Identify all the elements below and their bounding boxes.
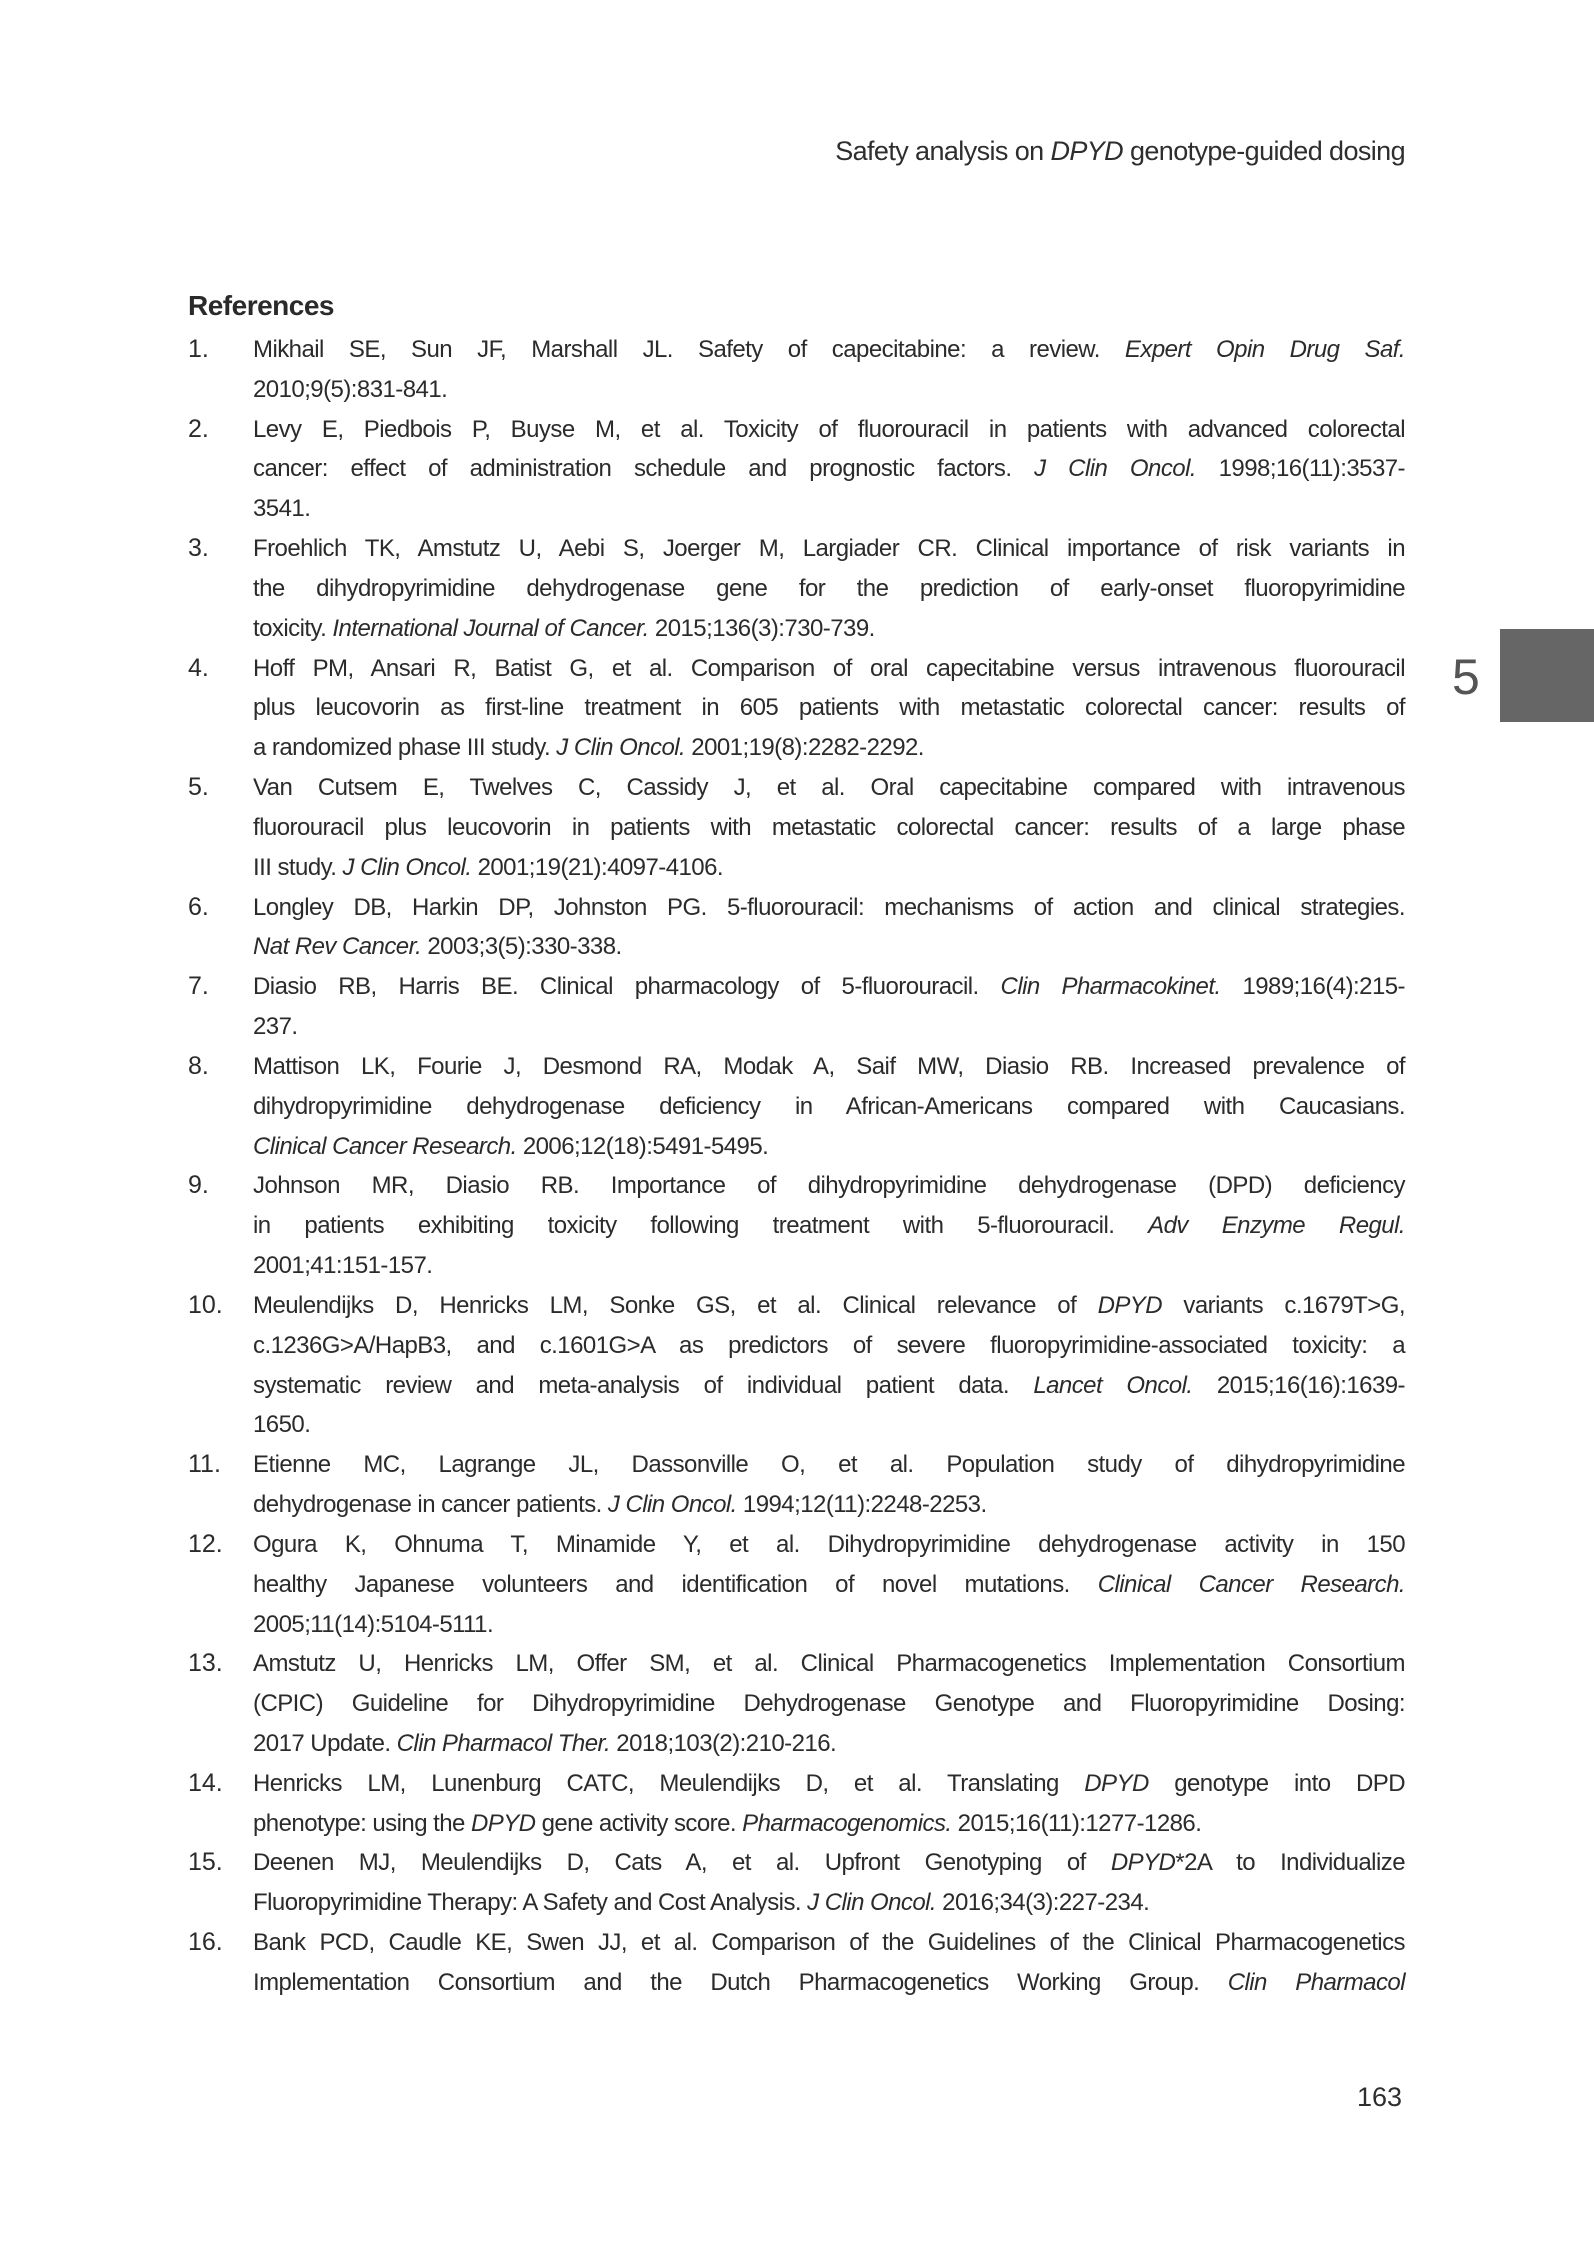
reference-line: Mikhail SE, Sun JF, Marshall JL. Safety … — [253, 330, 1405, 370]
reference-line: Van Cutsem E, Twelves C, Cassidy J, et a… — [253, 768, 1405, 808]
reference-item: 6.Longley DB, Harkin DP, Johnston PG. 5-… — [188, 888, 1405, 968]
reference-line: Johnson MR, Diasio RB. Importance of dih… — [253, 1166, 1405, 1206]
italic-citation: DPYD — [471, 1810, 535, 1837]
reference-line: 2005;11(14):5104-5111. — [253, 1605, 1405, 1645]
italic-citation: Clin Pharmacokinet. — [1001, 973, 1221, 1000]
citation-text: 1994;12(11):2248-2253. — [737, 1491, 987, 1518]
italic-citation: J Clin Oncol. — [556, 734, 685, 761]
chapter-number: 5 — [1452, 648, 1480, 706]
reference-text: Ogura K, Ohnuma T, Minamide Y, et al. Di… — [253, 1525, 1405, 1644]
reference-text: Van Cutsem E, Twelves C, Cassidy J, et a… — [253, 768, 1405, 887]
citation-text: a randomized phase III study. — [253, 734, 556, 761]
italic-citation: Nat Rev Cancer. — [253, 933, 421, 960]
italic-citation: DPYD — [1098, 1292, 1162, 1319]
reference-line: in patients exhibiting toxicity followin… — [253, 1206, 1405, 1246]
reference-item: 2.Levy E, Piedbois P, Buyse M, et al. To… — [188, 410, 1405, 529]
citation-text: Hoff PM, Ansari R, Batist G, et al. Comp… — [253, 655, 1405, 682]
reference-text: Hoff PM, Ansari R, Batist G, et al. Comp… — [253, 649, 1405, 768]
citation-text: Van Cutsem E, Twelves C, Cassidy J, et a… — [253, 774, 1405, 801]
citation-text: variants c.1679T>G, — [1162, 1292, 1405, 1319]
citation-text: 2015;16(11):1277-1286. — [952, 1810, 1202, 1837]
reference-number: 7. — [188, 967, 209, 1007]
citation-text: 3541. — [253, 495, 310, 522]
reference-line: 2001;41:151-157. — [253, 1246, 1405, 1286]
citation-text: 2018;103(2):210-216. — [610, 1730, 836, 1757]
citation-text: healthy Japanese volunteers and identifi… — [253, 1571, 1098, 1598]
reference-number: 10. — [188, 1286, 223, 1326]
citation-text: cancer: effect of administration schedul… — [253, 455, 1034, 482]
reference-number: 11. — [188, 1445, 221, 1485]
citation-text: Meulendijks D, Henricks LM, Sonke GS, et… — [253, 1292, 1098, 1319]
reference-line: Meulendijks D, Henricks LM, Sonke GS, et… — [253, 1286, 1405, 1326]
citation-text: 2001;19(8):2282-2292. — [685, 734, 924, 761]
reference-text: Diasio RB, Harris BE. Clinical pharmacol… — [253, 967, 1405, 1047]
reference-line: cancer: effect of administration schedul… — [253, 449, 1405, 489]
citation-text: 2001;41:151-157. — [253, 1252, 432, 1279]
citation-text: 2017 Update. — [253, 1730, 397, 1757]
reference-text: Johnson MR, Diasio RB. Importance of dih… — [253, 1166, 1405, 1285]
italic-citation: Clin Pharmacol — [1228, 1969, 1405, 1996]
reference-number: 8. — [188, 1047, 209, 1087]
running-head-part: DPYD — [1050, 136, 1123, 166]
citation-text: Johnson MR, Diasio RB. Importance of dih… — [253, 1172, 1405, 1199]
citation-text: 2001;19(21):4097-4106. — [471, 854, 723, 881]
citation-text: Diasio RB, Harris BE. Clinical pharmacol… — [253, 973, 1001, 1000]
citation-text: 2005;11(14):5104-5111. — [253, 1611, 493, 1638]
page-number: 163 — [1357, 2082, 1402, 2113]
citation-text: dehydrogenase in cancer patients. — [253, 1491, 608, 1518]
italic-citation: J Clin Oncol. — [807, 1889, 936, 1916]
italic-citation: J Clin Oncol. — [1034, 455, 1196, 482]
reference-item: 7.Diasio RB, Harris BE. Clinical pharmac… — [188, 967, 1405, 1047]
reference-line: 237. — [253, 1007, 1405, 1047]
reference-line: Ogura K, Ohnuma T, Minamide Y, et al. Di… — [253, 1525, 1405, 1565]
citation-text: genotype into DPD — [1149, 1770, 1405, 1797]
citation-text: 2006;12(18):5491-5495. — [517, 1133, 769, 1160]
reference-text: Amstutz U, Henricks LM, Offer SM, et al.… — [253, 1644, 1405, 1763]
citation-text: Fluoropyrimidine Therapy: A Safety and C… — [253, 1889, 807, 1916]
reference-line: 2017 Update. Clin Pharmacol Ther. 2018;1… — [253, 1724, 1405, 1764]
citation-text: 2010;9(5):831-841. — [253, 376, 447, 403]
citation-text: phenotype: using the — [253, 1810, 471, 1837]
citation-text: Amstutz U, Henricks LM, Offer SM, et al.… — [253, 1650, 1405, 1677]
reference-item: 11.Etienne MC, Lagrange JL, Dassonville … — [188, 1445, 1405, 1525]
reference-number: 3. — [188, 529, 209, 569]
reference-line: Froehlich TK, Amstutz U, Aebi S, Joerger… — [253, 529, 1405, 569]
citation-text: toxicity. — [253, 615, 332, 642]
citation-text: 1650. — [253, 1411, 310, 1438]
reference-item: 16.Bank PCD, Caudle KE, Swen JJ, et al. … — [188, 1923, 1405, 2003]
reference-number: 6. — [188, 888, 209, 928]
italic-citation: Clin Pharmacol Ther. — [397, 1730, 611, 1757]
reference-line: phenotype: using the DPYD gene activity … — [253, 1804, 1405, 1844]
reference-line: fluorouracil plus leucovorin in patients… — [253, 808, 1405, 848]
reference-line: Etienne MC, Lagrange JL, Dassonville O, … — [253, 1445, 1405, 1485]
citation-text: Henricks LM, Lunenburg CATC, Meulendijks… — [253, 1770, 1084, 1797]
reference-item: 13.Amstutz U, Henricks LM, Offer SM, et … — [188, 1644, 1405, 1763]
citation-text: gene activity score. — [535, 1810, 742, 1837]
citation-text: Levy E, Piedbois P, Buyse M, et al. Toxi… — [253, 416, 1405, 443]
reference-line: Levy E, Piedbois P, Buyse M, et al. Toxi… — [253, 410, 1405, 450]
reference-item: 14.Henricks LM, Lunenburg CATC, Meulendi… — [188, 1764, 1405, 1844]
italic-citation: J Clin Oncol. — [608, 1491, 737, 1518]
reference-line: 3541. — [253, 489, 1405, 529]
reference-text: Etienne MC, Lagrange JL, Dassonville O, … — [253, 1445, 1405, 1525]
reference-line: 1650. — [253, 1405, 1405, 1445]
reference-line: (CPIC) Guideline for Dihydropyrimidine D… — [253, 1684, 1405, 1724]
reference-number: 13. — [188, 1644, 223, 1684]
reference-text: Froehlich TK, Amstutz U, Aebi S, Joerger… — [253, 529, 1405, 648]
italic-citation: Pharmacogenomics. — [742, 1810, 951, 1837]
reference-item: 12.Ogura K, Ohnuma T, Minamide Y, et al.… — [188, 1525, 1405, 1644]
reference-line: Henricks LM, Lunenburg CATC, Meulendijks… — [253, 1764, 1405, 1804]
citation-text: fluorouracil plus leucovorin in patients… — [253, 814, 1405, 841]
reference-line: Mattison LK, Fourie J, Desmond RA, Modak… — [253, 1047, 1405, 1087]
reference-number: 1. — [188, 330, 209, 370]
citation-text: Ogura K, Ohnuma T, Minamide Y, et al. Di… — [253, 1531, 1405, 1558]
citation-text: the dihydropyrimidine dehydrogenase gene… — [253, 575, 1405, 602]
citation-text: 237. — [253, 1013, 298, 1040]
reference-line: Amstutz U, Henricks LM, Offer SM, et al.… — [253, 1644, 1405, 1684]
italic-citation: DPYD — [1111, 1849, 1175, 1876]
citation-text: 2015;16(16):1639- — [1193, 1372, 1405, 1399]
reference-item: 1.Mikhail SE, Sun JF, Marshall JL. Safet… — [188, 330, 1405, 410]
citation-text: Deenen MJ, Meulendijks D, Cats A, et al.… — [253, 1849, 1111, 1876]
reference-item: 9.Johnson MR, Diasio RB. Importance of d… — [188, 1166, 1405, 1285]
reference-line: Clinical Cancer Research. 2006;12(18):54… — [253, 1127, 1405, 1167]
running-head-part: Safety analysis on — [835, 136, 1050, 166]
reference-line: toxicity. International Journal of Cance… — [253, 609, 1405, 649]
reference-text: Mikhail SE, Sun JF, Marshall JL. Safety … — [253, 330, 1405, 410]
reference-text: Levy E, Piedbois P, Buyse M, et al. Toxi… — [253, 410, 1405, 529]
citation-text: plus leucovorin as first-line treatment … — [253, 694, 1405, 721]
reference-line: dihydropyrimidine dehydrogenase deficien… — [253, 1087, 1405, 1127]
reference-number: 2. — [188, 410, 209, 450]
citation-text: 1989;16(4):215- — [1221, 973, 1405, 1000]
citation-text: Implementation Consortium and the Dutch … — [253, 1969, 1228, 1996]
reference-line: Diasio RB, Harris BE. Clinical pharmacol… — [253, 967, 1405, 1007]
reference-text: Henricks LM, Lunenburg CATC, Meulendijks… — [253, 1764, 1405, 1844]
citation-text: systematic review and meta-analysis of i… — [253, 1372, 1033, 1399]
citation-text: 1998;16(11):3537- — [1196, 455, 1405, 482]
reference-number: 16. — [188, 1923, 223, 1963]
reference-item: 10.Meulendijks D, Henricks LM, Sonke GS,… — [188, 1286, 1405, 1445]
reference-number: 14. — [188, 1764, 223, 1804]
reference-item: 3.Froehlich TK, Amstutz U, Aebi S, Joerg… — [188, 529, 1405, 648]
reference-text: Meulendijks D, Henricks LM, Sonke GS, et… — [253, 1286, 1405, 1445]
reference-item: 5.Van Cutsem E, Twelves C, Cassidy J, et… — [188, 768, 1405, 887]
reference-item: 15.Deenen MJ, Meulendijks D, Cats A, et … — [188, 1843, 1405, 1923]
italic-citation: J Clin Oncol. — [343, 854, 472, 881]
italic-citation: Expert Opin Drug Saf. — [1125, 336, 1405, 363]
italic-citation: Clinical Cancer Research. — [1098, 1571, 1405, 1598]
citation-text: c.1236G>A/HapB3, and c.1601G>A as predic… — [253, 1332, 1405, 1359]
citation-text: dihydropyrimidine dehydrogenase deficien… — [253, 1093, 1405, 1120]
citation-text: (CPIC) Guideline for Dihydropyrimidine D… — [253, 1690, 1405, 1717]
reference-line: III study. J Clin Oncol. 2001;19(21):409… — [253, 848, 1405, 888]
reference-line: a randomized phase III study. J Clin Onc… — [253, 728, 1405, 768]
reference-item: 8.Mattison LK, Fourie J, Desmond RA, Mod… — [188, 1047, 1405, 1166]
chapter-tab-marker — [1500, 629, 1594, 722]
section-title: References — [188, 290, 334, 322]
reference-line: Nat Rev Cancer. 2003;3(5):330-338. — [253, 927, 1405, 967]
reference-line: Hoff PM, Ansari R, Batist G, et al. Comp… — [253, 649, 1405, 689]
reference-line: c.1236G>A/HapB3, and c.1601G>A as predic… — [253, 1326, 1405, 1366]
citation-text: 2015;136(3):730-739. — [649, 615, 875, 642]
reference-item: 4.Hoff PM, Ansari R, Batist G, et al. Co… — [188, 649, 1405, 768]
running-head: Safety analysis on DPYD genotype-guided … — [835, 136, 1405, 167]
reference-number: 12. — [188, 1525, 223, 1565]
italic-citation: Adv Enzyme Regul. — [1148, 1212, 1405, 1239]
reference-list: 1.Mikhail SE, Sun JF, Marshall JL. Safet… — [188, 330, 1405, 2003]
italic-citation: DPYD — [1084, 1770, 1148, 1797]
reference-line: dehydrogenase in cancer patients. J Clin… — [253, 1485, 1405, 1525]
reference-text: Mattison LK, Fourie J, Desmond RA, Modak… — [253, 1047, 1405, 1166]
reference-line: Deenen MJ, Meulendijks D, Cats A, et al.… — [253, 1843, 1405, 1883]
reference-line: Bank PCD, Caudle KE, Swen JJ, et al. Com… — [253, 1923, 1405, 1963]
citation-text: Mattison LK, Fourie J, Desmond RA, Modak… — [253, 1053, 1405, 1080]
reference-number: 5. — [188, 768, 209, 808]
reference-text: Bank PCD, Caudle KE, Swen JJ, et al. Com… — [253, 1923, 1405, 2003]
italic-citation: International Journal of Cancer. — [332, 615, 648, 642]
reference-line: Longley DB, Harkin DP, Johnston PG. 5-fl… — [253, 888, 1405, 928]
citation-text: *2A to Individualize — [1175, 1849, 1405, 1876]
citation-text: 2016;34(3):227-234. — [936, 1889, 1149, 1916]
reference-number: 4. — [188, 649, 209, 689]
citation-text: Etienne MC, Lagrange JL, Dassonville O, … — [253, 1451, 1405, 1478]
reference-line: the dihydropyrimidine dehydrogenase gene… — [253, 569, 1405, 609]
citation-text: Mikhail SE, Sun JF, Marshall JL. Safety … — [253, 336, 1125, 363]
running-head-part: genotype-guided dosing — [1123, 136, 1405, 166]
citation-text: 2003;3(5):330-338. — [421, 933, 621, 960]
reference-text: Deenen MJ, Meulendijks D, Cats A, et al.… — [253, 1843, 1405, 1923]
reference-line: healthy Japanese volunteers and identifi… — [253, 1565, 1405, 1605]
reference-line: Fluoropyrimidine Therapy: A Safety and C… — [253, 1883, 1405, 1923]
reference-number: 15. — [188, 1843, 223, 1883]
italic-citation: Lancet Oncol. — [1033, 1372, 1192, 1399]
reference-line: Implementation Consortium and the Dutch … — [253, 1963, 1405, 2003]
reference-text: Longley DB, Harkin DP, Johnston PG. 5-fl… — [253, 888, 1405, 968]
citation-text: Longley DB, Harkin DP, Johnston PG. 5-fl… — [253, 894, 1405, 921]
reference-line: 2010;9(5):831-841. — [253, 370, 1405, 410]
citation-text: in patients exhibiting toxicity followin… — [253, 1212, 1148, 1239]
citation-text: Bank PCD, Caudle KE, Swen JJ, et al. Com… — [253, 1929, 1405, 1956]
reference-number: 9. — [188, 1166, 209, 1206]
reference-line: systematic review and meta-analysis of i… — [253, 1366, 1405, 1406]
italic-citation: Clinical Cancer Research. — [253, 1133, 517, 1160]
citation-text: Froehlich TK, Amstutz U, Aebi S, Joerger… — [253, 535, 1405, 562]
reference-line: plus leucovorin as first-line treatment … — [253, 688, 1405, 728]
citation-text: III study. — [253, 854, 343, 881]
